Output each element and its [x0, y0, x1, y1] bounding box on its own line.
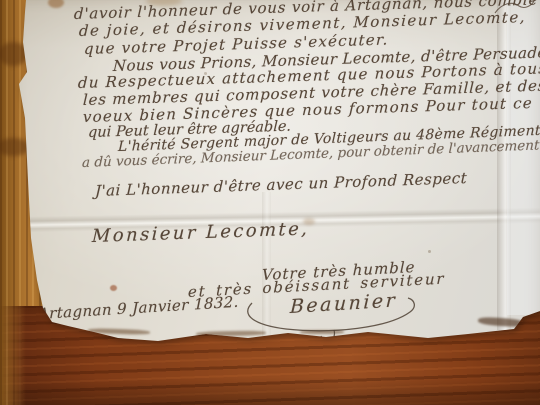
paper-stain — [110, 285, 117, 291]
paper-speck — [428, 250, 431, 253]
letter-paper-wrap: d'avoir l'honneur de vous voir à Artagna… — [0, 0, 540, 405]
photo-of-letter: d'avoir l'honneur de vous voir à Artagna… — [0, 0, 540, 405]
date-line: Artagnan 9 Janvier 1832. — [38, 293, 239, 323]
letter-paper: d'avoir l'honneur de vous voir à Artagna… — [0, 0, 540, 405]
torn-edge-mark — [478, 316, 524, 327]
paper-stain — [48, 0, 64, 8]
letter-body-line-11: J'ai L'honneur d'être avec un Profond Re… — [95, 169, 468, 200]
torn-edge-mark — [88, 328, 150, 335]
